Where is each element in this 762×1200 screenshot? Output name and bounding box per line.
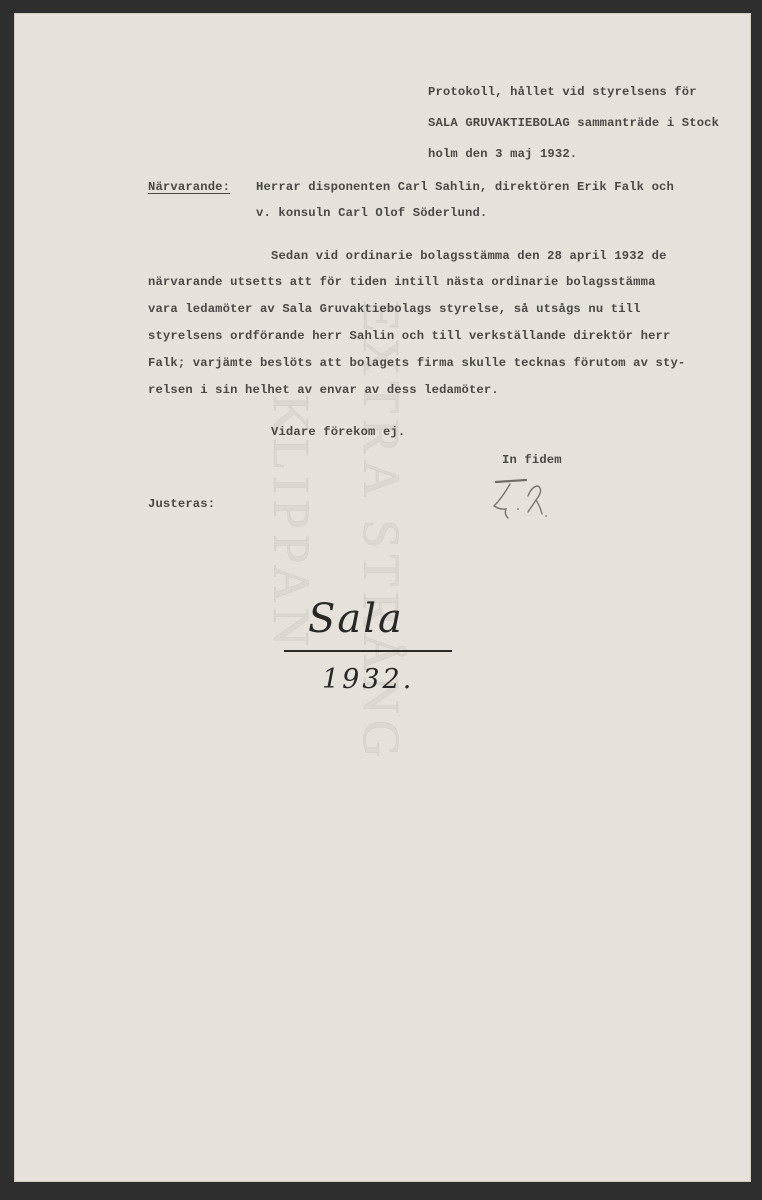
heading-line-2: SALA GRUVAKTIEBOLAG sammanträde i Stock (428, 116, 719, 130)
in-fidem: In fidem (502, 453, 562, 467)
signature-initials (488, 476, 558, 521)
attendees-label: Närvarande: (148, 180, 230, 194)
closing-line: Vidare förekom ej. (271, 425, 405, 439)
body-line-6: relsen i sin helhet av envar av dess led… (148, 383, 499, 397)
handwritten-divider (284, 650, 452, 652)
heading-line-1: Protokoll, hållet vid styrelsens för (428, 85, 697, 99)
body-line-2: närvarande utsetts att för tiden intill … (148, 275, 656, 289)
body-line-3: vara ledamöter av Sala Gruvaktiebolags s… (148, 302, 641, 316)
justeras-label: Justeras: (148, 497, 215, 511)
body-line-1: Sedan vid ordinarie bolagsstämma den 28 … (271, 249, 667, 263)
handwritten-year: 1932. (322, 664, 414, 695)
attendees-line-1: Herrar disponenten Carl Sahlin, direktör… (256, 180, 674, 194)
handwritten-place: Sala (308, 596, 404, 642)
body-line-4: styrelsens ordförande herr Sahlin och ti… (148, 329, 670, 343)
heading-line-3: holm den 3 maj 1932. (428, 147, 577, 161)
body-line-5: Falk; varjämte beslöts att bolagets firm… (148, 356, 685, 370)
attendees-line-2: v. konsuln Carl Olof Söderlund. (256, 206, 487, 220)
